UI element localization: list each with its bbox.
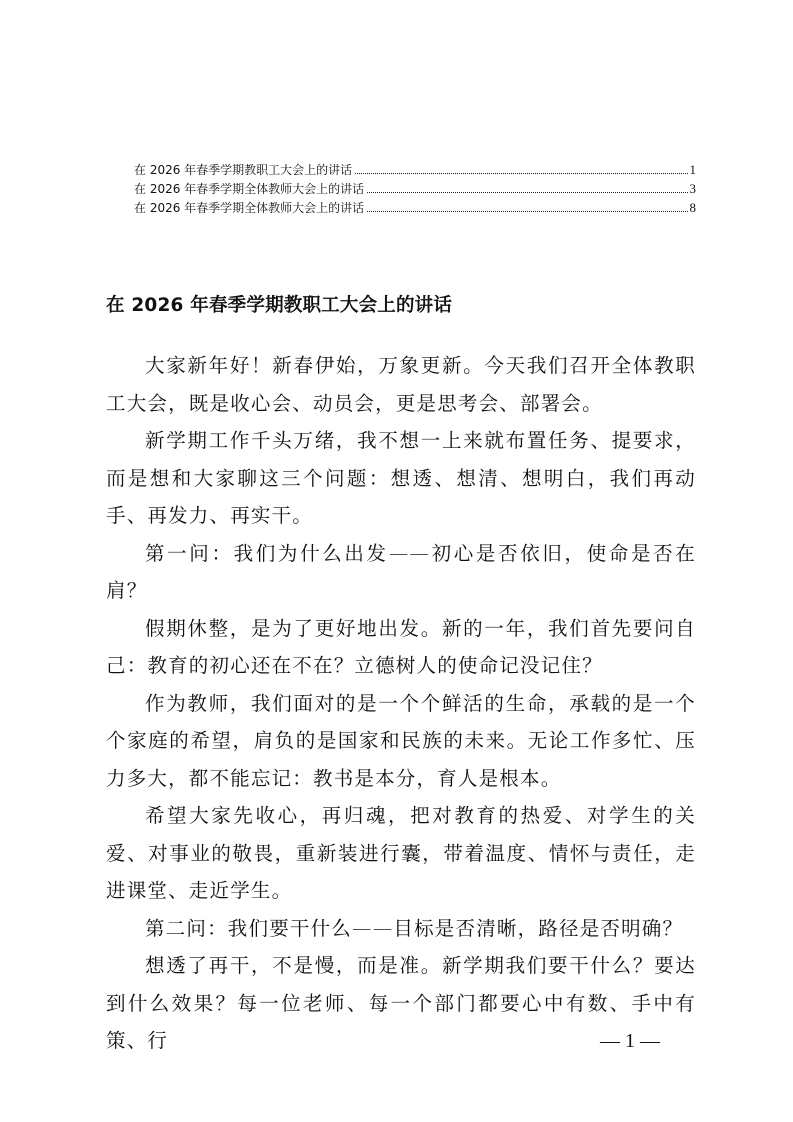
toc-entry-page: 1 xyxy=(690,162,697,178)
table-of-contents: 在 2026 年春季学期教职工大会上的讲话 1 在 2026 年春季学期全体教师… xyxy=(134,161,696,218)
toc-leader-dots xyxy=(355,173,687,174)
paragraph: 假期休整，是为了更好地出发。新的一年，我们首先要问自己：教育的初心还在不在？立德… xyxy=(106,610,696,685)
toc-entry[interactable]: 在 2026 年春季学期全体教师大会上的讲话 3 xyxy=(134,180,696,199)
paragraph: 第一问：我们为什么出发——初心是否依旧，使命是否在肩？ xyxy=(106,535,696,610)
toc-entry[interactable]: 在 2026 年春季学期全体教师大会上的讲话 8 xyxy=(134,199,696,218)
toc-entry-page: 3 xyxy=(690,181,697,197)
toc-entry-title: 在 2026 年春季学期教职工大会上的讲话 xyxy=(134,161,352,178)
toc-entry-title: 在 2026 年春季学期全体教师大会上的讲话 xyxy=(134,180,364,197)
speech-heading: 在 2026 年春季学期教职工大会上的讲话 xyxy=(106,291,452,317)
paragraph: 新学期工作千头万绪，我不想一上来就布置任务、提要求，而是想和大家聊这三个问题：想… xyxy=(106,422,696,535)
page-number: — 1 — xyxy=(600,1030,660,1053)
paragraph: 作为教师，我们面对的是一个个鲜活的生命，承载的是一个个家庭的希望，肩负的是国家和… xyxy=(106,685,696,798)
paragraph: 第二问：我们要干什么——目标是否清晰，路径是否明确？ xyxy=(106,910,696,948)
toc-leader-dots xyxy=(367,192,687,193)
toc-entry[interactable]: 在 2026 年春季学期教职工大会上的讲话 1 xyxy=(134,161,696,180)
paragraph: 希望大家先收心，再归魂，把对教育的热爱、对学生的关爱、对事业的敬畏，重新装进行囊… xyxy=(106,797,696,910)
paragraph: 大家新年好！新春伊始，万象更新。今天我们召开全体教职工大会，既是收心会、动员会，… xyxy=(106,347,696,422)
toc-leader-dots xyxy=(367,211,687,212)
toc-entry-title: 在 2026 年春季学期全体教师大会上的讲话 xyxy=(134,199,364,216)
toc-entry-page: 8 xyxy=(690,200,697,216)
speech-body: 大家新年好！新春伊始，万象更新。今天我们召开全体教职工大会，既是收心会、动员会，… xyxy=(106,347,696,1060)
